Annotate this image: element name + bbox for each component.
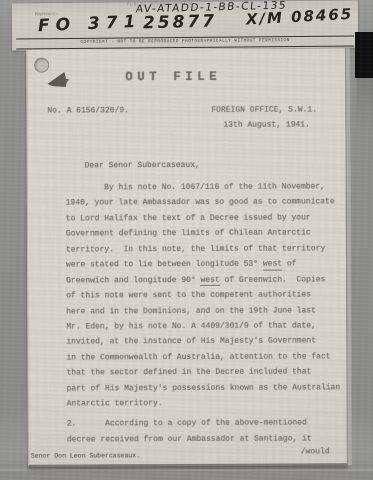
catchword: /would <box>301 447 330 456</box>
body-line: invited, at the instance of His Majesty'… <box>66 334 334 351</box>
scan-artifact-black-block <box>355 32 373 78</box>
body-line: of this note were sent to the competent … <box>66 287 334 304</box>
scan-artifact-shadow <box>357 78 373 138</box>
body-line: By his note No. 1067/116 of the 11th Nov… <box>66 179 334 196</box>
out-file-heading: OUT FILE <box>125 70 221 84</box>
body-line: 1940, your late Ambassador was so good a… <box>66 195 334 212</box>
letter-date: 13th August, 1941. <box>223 120 309 129</box>
body-line: Mr. Eden, by his note No. A 4409/301/9 o… <box>66 318 334 335</box>
body-line: Government defining the limits of Chilea… <box>66 226 334 243</box>
body-line: in the Commonwealth of Australia, attent… <box>66 349 334 366</box>
body-line: decree received from our Ambassador at S… <box>67 431 335 448</box>
letter-reference-number: No. A 6156/320/9. <box>47 106 129 115</box>
sender-office: FOREIGN OFFICE, S.W.1. <box>211 105 317 114</box>
body-line: 2. According to a copy of the above-ment… <box>67 415 335 432</box>
body-line: territory. In this note, the limits of t… <box>66 241 334 258</box>
handwritten-file-reference: FO 371 <box>38 12 142 36</box>
salutation: Dear Senor Subercaseaux, <box>85 161 200 171</box>
pencil-arrow-mark <box>44 68 74 93</box>
body-line: here and in the Dominions, and on the 19… <box>66 303 334 320</box>
reference-slip: PUBLIC RECORD OFFICE Reference:- AV-ATAD… <box>12 0 358 50</box>
body-line: Antarctic territory. <box>67 395 335 412</box>
body-line: that the sector defined in the Decree in… <box>66 365 334 382</box>
body-line: part of His Majesty's possessions known … <box>67 380 335 397</box>
body-line: Greenwich and longitude 90° west of Gree… <box>66 272 334 289</box>
scanned-document-photo: PUBLIC RECORD OFFICE Reference:- AV-ATAD… <box>0 0 373 480</box>
underlined-word: west <box>263 260 282 271</box>
letter-sheet: OUT FILE No. A 6156/320/9. FOREIGN OFFIC… <box>26 48 348 466</box>
body-line: were stated to lie between longitude 53°… <box>66 257 334 274</box>
letter-body: By his note No. 1067/116 of the 11th Nov… <box>66 179 335 447</box>
addressee-footer: Senor Don Leon Subercaseaux. <box>31 452 140 459</box>
handwritten-piece-number: 25877 <box>143 11 218 33</box>
body-line: to Lord Halifax the text of a Decree iss… <box>66 210 334 227</box>
underlined-word: west <box>201 275 220 286</box>
